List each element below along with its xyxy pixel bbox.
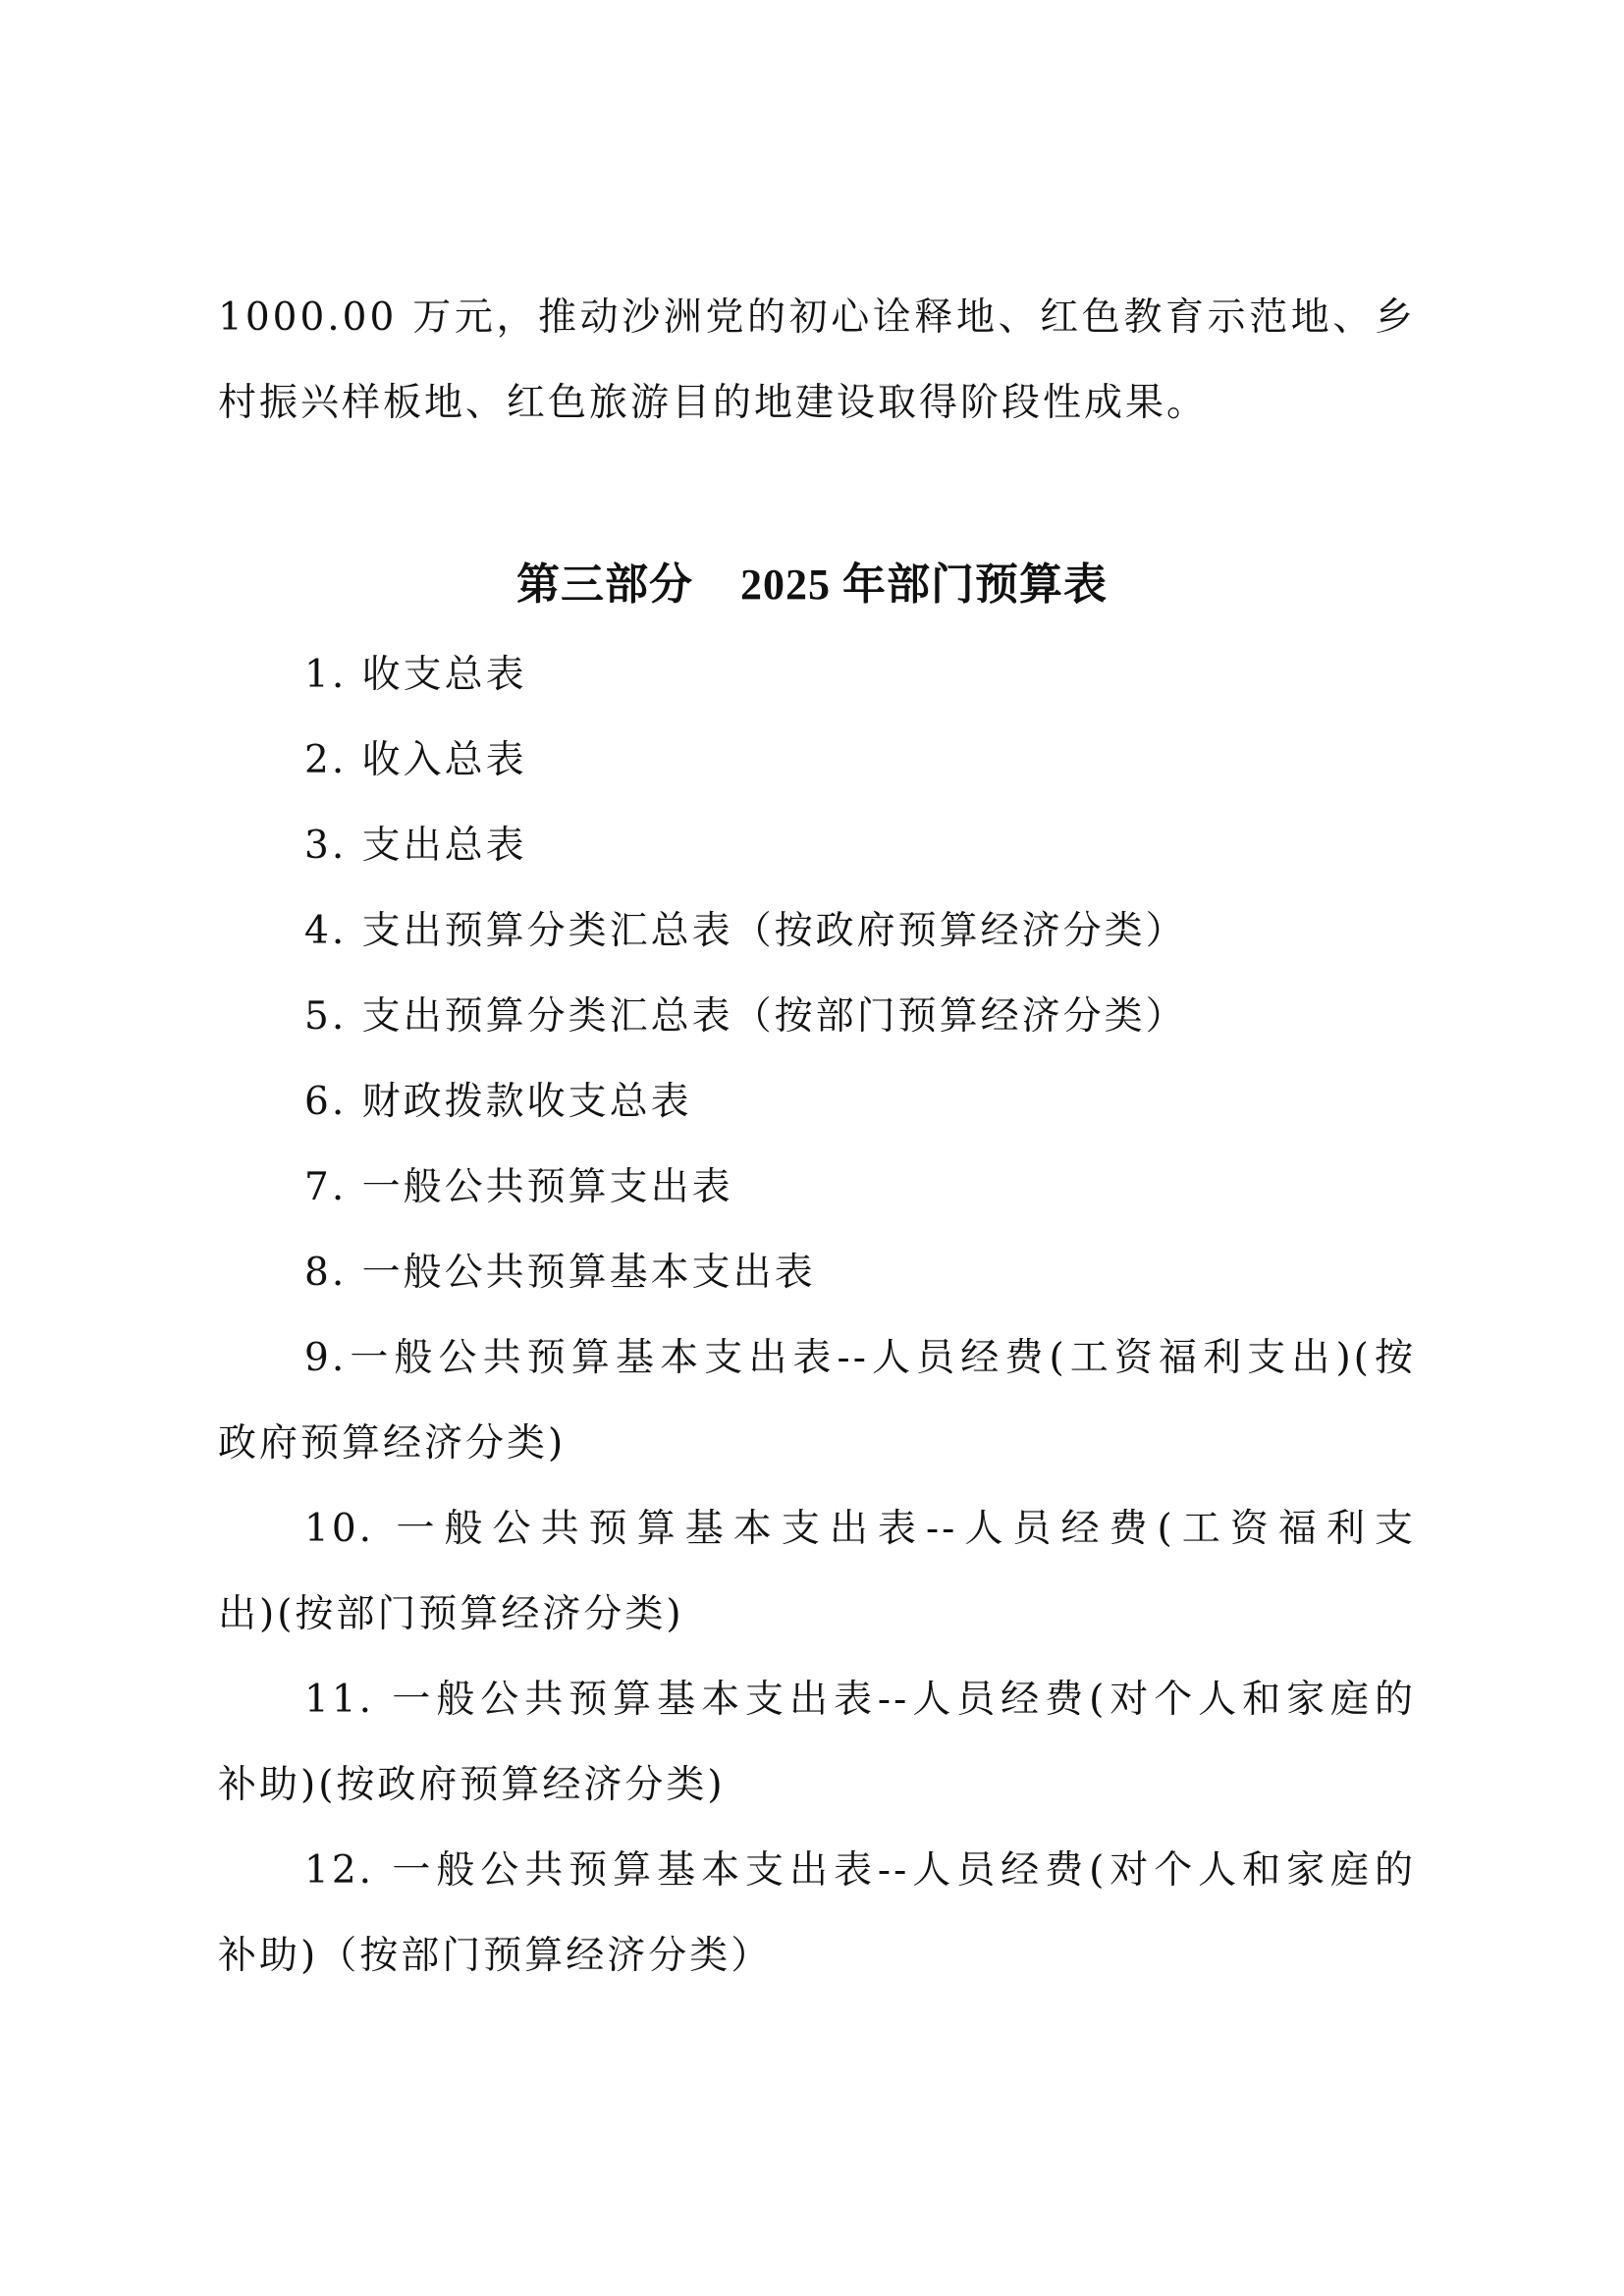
list-item-3: 3. 支出总表 <box>304 823 1416 870</box>
list-item-6: 6. 财政拨款收支总表 <box>304 1079 1416 1126</box>
list-item-10-continued: 出)(按部门预算经济分类) <box>218 1591 1416 1638</box>
paragraph-line-1: 1000.00 万元，推动沙洲党的初心诠释地、红色教育示范地、乡 <box>218 294 1416 342</box>
section-title-main: 2025 年部门预算表 <box>740 561 1108 609</box>
paragraph-line-2: 村振兴样板地、红色旅游目的地建设取得阶段性成果。 <box>218 380 1416 427</box>
list-item-10: 10. 一般公共预算基本支出表--人员经费(工资福利支 <box>304 1506 1416 1553</box>
section-title-part: 第三部分 <box>516 561 693 609</box>
list-item-4: 4. 支出预算分类汇总表（按政府预算经济分类） <box>304 908 1416 955</box>
list-item-1: 1. 收支总表 <box>304 652 1416 699</box>
section-title: 第三部分2025 年部门预算表 <box>0 558 1624 613</box>
document-page: 1000.00 万元，推动沙洲党的初心诠释地、红色教育示范地、乡 村振兴样板地、… <box>0 0 1624 2296</box>
list-item-12: 12. 一般公共预算基本支出表--人员经费(对个人和家庭的 <box>304 1847 1416 1895</box>
list-item-9: 9.一般公共预算基本支出表--人员经费(工资福利支出)(按 <box>304 1335 1416 1382</box>
list-item-7: 7. 一般公共预算支出表 <box>304 1164 1416 1211</box>
list-item-9-continued: 政府预算经济分类) <box>218 1420 1416 1468</box>
list-item-2: 2. 收入总表 <box>304 737 1416 784</box>
list-item-11-continued: 补助)(按政府预算经济分类) <box>218 1762 1416 1809</box>
list-item-5: 5. 支出预算分类汇总表（按部门预算经济分类） <box>304 993 1416 1041</box>
list-item-8: 8. 一般公共预算基本支出表 <box>304 1250 1416 1297</box>
list-item-12-continued: 补助)（按部门预算经济分类） <box>218 1933 1416 1980</box>
list-item-11: 11. 一般公共预算基本支出表--人员经费(对个人和家庭的 <box>304 1677 1416 1724</box>
